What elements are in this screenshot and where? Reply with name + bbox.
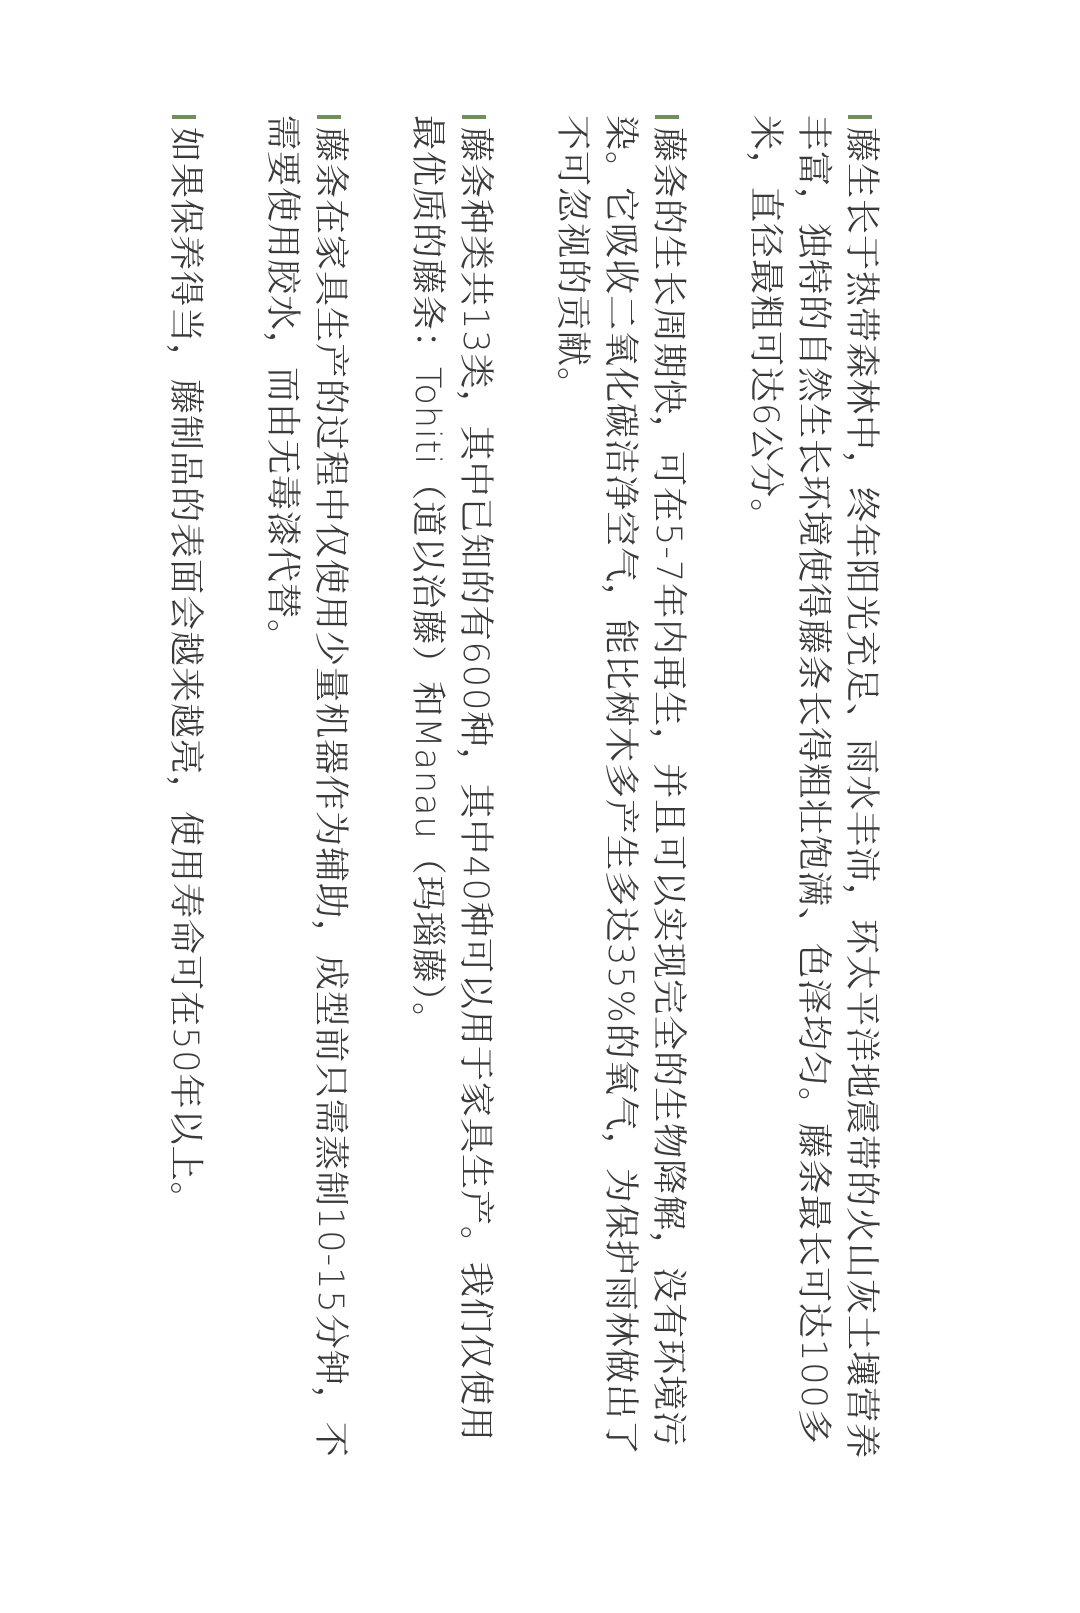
document-body: 藤生长于热带森林中，终年阳光充足、雨水丰沛，环太平洋地震带的火山灰土壤营养丰富，… [112, 115, 885, 1475]
paragraph-text: 藤条的生长周期快，可在5-7年内再生，并且可以实现完全的生物降解，没有环境污染。… [552, 115, 688, 1456]
paragraph-text: 如果保养得当，藤制品的表面会越来越亮，使用寿命可在50年以上。 [165, 127, 205, 1218]
rotated-page: 藤生长于热带森林中，终年阳光充足、雨水丰沛，环太平洋地震带的火山灰土壤营养丰富，… [0, 0, 1080, 1613]
paragraph-production-process: 藤条在家具生产的过程中仅使用少量机器作为辅助，成型前只需蒸制10-15分钟，不需… [258, 115, 354, 1475]
green-accent-bar-icon [848, 115, 872, 119]
green-accent-bar-icon [317, 115, 341, 119]
paragraph-rattan-species: 藤条种类共13类，其中已知的有600种，其中40种可以用于家具生产。我们仅使用最… [403, 115, 499, 1475]
green-accent-bar-icon [462, 115, 486, 119]
paragraph-text: 藤生长于热带森林中，终年阳光充足、雨水丰沛，环太平洋地震带的火山灰土壤营养丰富，… [745, 115, 881, 1459]
paragraph-growth-environment: 藤生长于热带森林中，终年阳光充足、雨水丰沛，环太平洋地震带的火山灰土壤营养丰富，… [741, 115, 885, 1475]
paragraph-growth-cycle: 藤条的生长周期快，可在5-7年内再生，并且可以实现完全的生物降解，没有环境污染。… [548, 115, 692, 1475]
paragraph-text: 藤条种类共13类，其中已知的有600种，其中40种可以用于家具生产。我们仅使用最… [407, 115, 495, 1442]
green-accent-bar-icon [172, 115, 196, 119]
paragraph-text: 藤条在家具生产的过程中仅使用少量机器作为辅助，成型前只需蒸制10-15分钟，不需… [262, 115, 350, 1458]
paragraph-maintenance: 如果保养得当，藤制品的表面会越来越亮，使用寿命可在50年以上。 [161, 115, 209, 1475]
green-accent-bar-icon [655, 115, 679, 119]
